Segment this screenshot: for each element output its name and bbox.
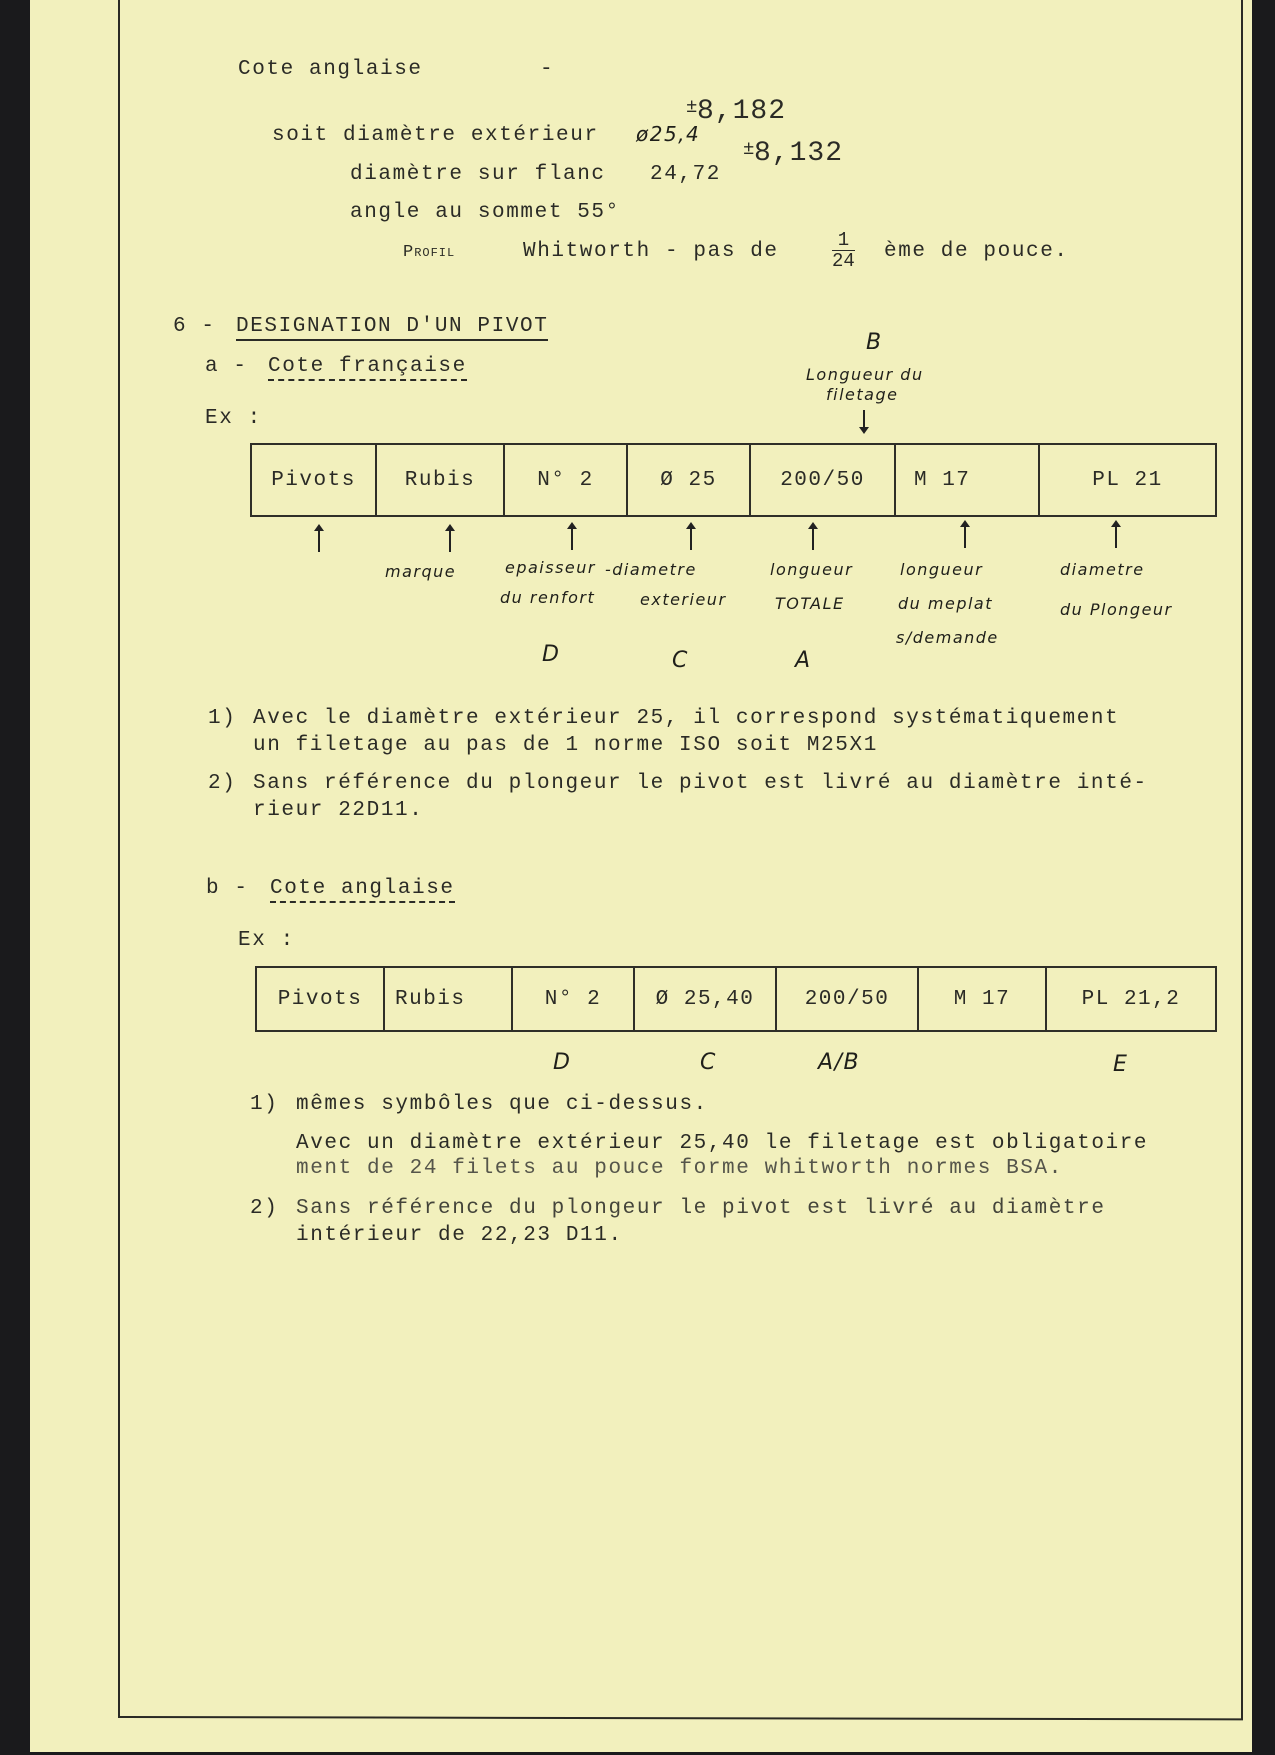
frame-border-right — [1241, 0, 1243, 1720]
note-b2-line1: Sans référence du plongeur le pivot est … — [296, 1197, 1106, 1220]
header-dash: - — [540, 58, 554, 81]
part-b-title: Cote anglaise — [270, 877, 455, 900]
letter-e: E — [1113, 1052, 1128, 1077]
note-a1-line1: Avec le diamètre extérieur 25, il corres… — [253, 707, 1119, 730]
desc-diameter-1: -diametre — [605, 560, 697, 579]
flank-diameter-value: 24,72 — [650, 163, 721, 186]
desc-diameter-2: exterieur — [640, 590, 727, 609]
note-b1-line1: mêmes symbôles que ci-dessus. — [296, 1093, 708, 1116]
desc-brand: marque — [385, 562, 456, 581]
cell-type: Pivots — [256, 967, 384, 1031]
cell-length: 200/50 — [776, 967, 918, 1031]
note-a2-line2: rieur 22D11. — [253, 799, 423, 822]
table-row: Pivots Rubis N° 2 Ø 25,40 200/50 M 17 PL… — [256, 967, 1216, 1031]
cell-number: N° 2 — [512, 967, 634, 1031]
desc-thickness-1: epaisseur — [505, 558, 596, 577]
section-number: 6 - — [173, 315, 216, 338]
note-b1b-line2: ment de 24 filets au pouce forme whitwor… — [296, 1157, 1063, 1180]
arrow-up-icon — [812, 524, 814, 550]
arrow-up-icon — [571, 524, 573, 550]
annotation-letter-b: B — [866, 330, 883, 355]
annotation-line2: filetage — [826, 385, 898, 404]
part-a-example-label: Ex : — [205, 407, 262, 430]
desc-length-2: TOTALE — [775, 594, 845, 613]
flank-tolerance: 8,132 — [754, 138, 843, 169]
note-b1-num: 1) — [250, 1093, 278, 1116]
pitch-fraction: 1 24 — [832, 230, 855, 271]
flank-diameter-label: diamètre sur flanc — [350, 163, 606, 186]
letter-a: A — [795, 648, 812, 673]
letter-c: C — [700, 1050, 717, 1075]
note-a1-num: 1) — [208, 707, 236, 730]
designation-table-b: Pivots Rubis N° 2 Ø 25,40 200/50 M 17 PL… — [255, 966, 1217, 1032]
desc-plunger-2: du Plongeur — [1060, 600, 1173, 619]
cell-material: Rubis — [376, 444, 504, 516]
cell-diameter: Ø 25 — [627, 444, 750, 516]
profile-text: Whitworth - pas de — [523, 240, 779, 263]
cell-plunger: PL 21 — [1039, 444, 1216, 516]
outer-diameter-label: soit diamètre extérieur — [272, 124, 599, 147]
frame-border-left — [118, 0, 120, 1718]
section-title: DESIGNATION D'UN PIVOT — [236, 315, 548, 338]
outer-diameter-value: ø25,4 — [636, 122, 700, 146]
arrow-up-icon — [1115, 522, 1117, 548]
cell-flat: M 17 — [895, 444, 1039, 516]
cell-material: Rubis — [384, 967, 512, 1031]
cell-plunger: PL 21,2 — [1046, 967, 1216, 1031]
header-title: Cote anglaise — [238, 58, 423, 81]
outer-tolerance: 8,182 — [697, 96, 786, 127]
note-b2-num: 2) — [250, 1197, 278, 1220]
pitch-denominator: 24 — [832, 250, 855, 272]
arrow-up-icon — [690, 524, 692, 550]
note-b1b-line1: Avec un diamètre extérieur 25,40 le file… — [296, 1132, 1148, 1155]
cell-diameter: Ø 25,40 — [634, 967, 776, 1031]
letter-d: D — [553, 1050, 571, 1075]
designation-table-a: Pivots Rubis N° 2 Ø 25 200/50 M 17 PL 21 — [250, 443, 1217, 517]
desc-plunger-1: diametre — [1060, 560, 1145, 579]
desc-flat-3: s/demande — [896, 628, 999, 647]
angle-label: angle au sommet 55° — [350, 201, 620, 224]
desc-flat-1: longueur — [900, 560, 983, 579]
letter-a-b: A/B — [818, 1050, 860, 1075]
arrow-up-icon — [964, 522, 966, 548]
arrow-up-icon — [318, 526, 320, 552]
desc-flat-2: du meplat — [898, 594, 993, 613]
cell-flat: M 17 — [918, 967, 1046, 1031]
annotation-line1: Longueur du — [806, 365, 924, 384]
desc-thickness-2: du renfort — [500, 588, 595, 607]
part-a-title: Cote française — [268, 355, 467, 378]
pitch-numerator: 1 — [832, 230, 855, 251]
table-row: Pivots Rubis N° 2 Ø 25 200/50 M 17 PL 21 — [251, 444, 1216, 516]
note-a1-line2: un filetage au pas de 1 norme ISO soit M… — [253, 734, 878, 757]
note-b2-line2: intérieur de 22,23 D11. — [296, 1224, 623, 1247]
part-b-example-label: Ex : — [238, 929, 295, 952]
part-b-letter: b - — [206, 877, 249, 900]
profile-label: Profil — [403, 243, 455, 262]
cell-type: Pivots — [251, 444, 376, 516]
letter-d: D — [542, 642, 560, 667]
arrow-up-icon — [449, 526, 451, 552]
desc-length-1: longueur — [770, 560, 853, 579]
letter-c: C — [672, 648, 689, 673]
note-a2-line1: Sans référence du plongeur le pivot est … — [253, 772, 1148, 795]
part-a-letter: a - — [205, 355, 248, 378]
cell-length: 200/50 — [750, 444, 895, 516]
note-a2-num: 2) — [208, 772, 236, 795]
cell-number: N° 2 — [504, 444, 627, 516]
arrow-down-icon — [863, 410, 865, 432]
pitch-suffix: ème de pouce. — [884, 240, 1069, 263]
